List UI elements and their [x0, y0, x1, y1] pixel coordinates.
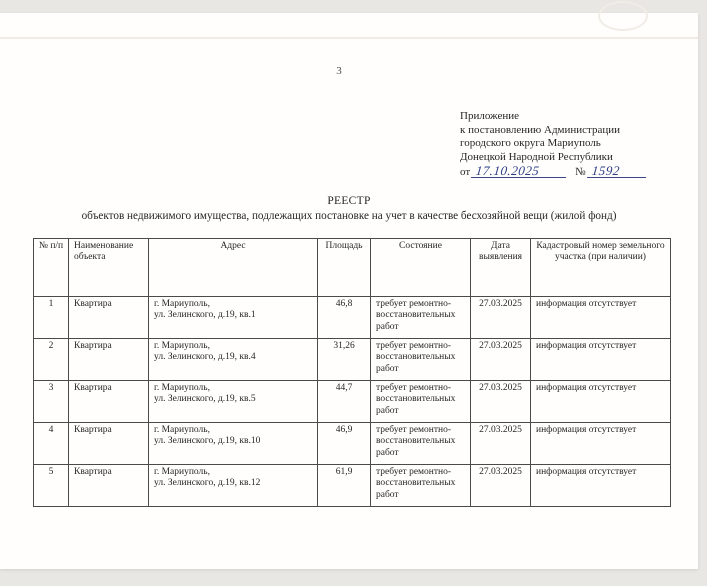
cell-date-detected: 27.03.2025 [471, 339, 531, 381]
document-title: РЕЕСТР [0, 195, 698, 207]
cell-cadastre: информация отсутствует [531, 465, 671, 507]
registry-table: № п/п Наименование объекта Адрес Площадь… [33, 238, 671, 507]
appendix-block: Приложение к постановлению Администрации… [460, 110, 646, 180]
document-page: 3 Приложение к постановлению Администрац… [0, 13, 698, 569]
handwritten-date: 17.10.2025 [471, 165, 567, 178]
address-line: г. Мариуполь, [154, 299, 314, 310]
cell-cadastre: информация отсутствует [531, 423, 671, 465]
address-line: ул. Зелинского, д.19, кв.5 [154, 394, 314, 405]
cell-object-name: Квартира [69, 381, 149, 423]
cell-address: г. Мариуполь, ул. Зелинского, д.19, кв.1 [149, 297, 318, 339]
cell-area: 46,8 [318, 297, 371, 339]
table-row: 5 Квартира г. Мариуполь, ул. Зелинского,… [34, 465, 671, 507]
cell-object-name: Квартира [69, 423, 149, 465]
cell-cadastre: информация отсутствует [531, 339, 671, 381]
scan-artifact-line [0, 37, 698, 39]
cell-area: 31,26 [318, 339, 371, 381]
cell-cadastre: информация отсутствует [531, 381, 671, 423]
cell-condition: требует ремонтно-восстановительных работ [371, 423, 471, 465]
cell-date-detected: 27.03.2025 [471, 297, 531, 339]
cell-address: г. Мариуполь, ул. Зелинского, д.19, кв.1… [149, 465, 318, 507]
header-object-name: Наименование объекта [69, 239, 149, 297]
cell-area: 46,9 [318, 423, 371, 465]
page-number: 3 [328, 65, 350, 77]
cell-row-number: 3 [34, 381, 69, 423]
address-line: г. Мариуполь, [154, 383, 314, 394]
handwritten-decree-number: 1592 [587, 165, 647, 178]
cell-object-name: Квартира [69, 339, 149, 381]
document-title-block: РЕЕСТР объектов недвижимого имущества, п… [0, 195, 698, 222]
decree-date-number-line: от17.10.2025№1592 [460, 165, 646, 180]
header-address: Адрес [149, 239, 318, 297]
cell-condition: требует ремонтно-восстановительных работ [371, 381, 471, 423]
cell-condition: требует ремонтно-восстановительных работ [371, 339, 471, 381]
cell-address: г. Мариуполь, ул. Зелинского, д.19, кв.1… [149, 423, 318, 465]
header-row-number: № п/п [34, 239, 69, 297]
appendix-line: Приложение [460, 110, 646, 124]
cell-area: 44,7 [318, 381, 371, 423]
from-label: от [460, 166, 470, 178]
header-condition: Состояние [371, 239, 471, 297]
header-cadastre-number: Кадастровый номер земельного участка (пр… [531, 239, 671, 297]
cell-row-number: 1 [34, 297, 69, 339]
cell-date-detected: 27.03.2025 [471, 465, 531, 507]
header-area: Площадь [318, 239, 371, 297]
cell-object-name: Квартира [69, 297, 149, 339]
address-line: ул. Зелинского, д.19, кв.1 [154, 310, 314, 321]
address-line: ул. Зелинского, д.19, кв.10 [154, 436, 314, 447]
hole-punch-artifact [598, 1, 648, 31]
cell-row-number: 4 [34, 423, 69, 465]
number-sign-label: № [575, 166, 586, 178]
table-row: 1 Квартира г. Мариуполь, ул. Зелинского,… [34, 297, 671, 339]
table-row: 4 Квартира г. Мариуполь, ул. Зелинского,… [34, 423, 671, 465]
document-subtitle: объектов недвижимого имущества, подлежащ… [0, 210, 698, 222]
cell-condition: требует ремонтно-восстановительных работ [371, 465, 471, 507]
scanned-document-page: { "page": { "number": "3", "appendix": {… [0, 0, 707, 586]
address-line: ул. Зелинского, д.19, кв.12 [154, 478, 314, 489]
cell-row-number: 2 [34, 339, 69, 381]
address-line: г. Мариуполь, [154, 425, 314, 436]
header-date-detected: Дата выявления [471, 239, 531, 297]
address-line: ул. Зелинского, д.19, кв.4 [154, 352, 314, 363]
appendix-line: городского округа Мариуполь [460, 137, 646, 151]
address-line: г. Мариуполь, [154, 341, 314, 352]
cell-date-detected: 27.03.2025 [471, 423, 531, 465]
table-row: 3 Квартира г. Мариуполь, ул. Зелинского,… [34, 381, 671, 423]
cell-date-detected: 27.03.2025 [471, 381, 531, 423]
cell-address: г. Мариуполь, ул. Зелинского, д.19, кв.4 [149, 339, 318, 381]
table-row: 2 Квартира г. Мариуполь, ул. Зелинского,… [34, 339, 671, 381]
address-line: г. Мариуполь, [154, 467, 314, 478]
cell-object-name: Квартира [69, 465, 149, 507]
table-header-row: № п/п Наименование объекта Адрес Площадь… [34, 239, 671, 297]
cell-address: г. Мариуполь, ул. Зелинского, д.19, кв.5 [149, 381, 318, 423]
cell-row-number: 5 [34, 465, 69, 507]
cell-area: 61,9 [318, 465, 371, 507]
cell-cadastre: информация отсутствует [531, 297, 671, 339]
appendix-line: к постановлению Администрации [460, 124, 646, 138]
cell-condition: требует ремонтно-восстановительных работ [371, 297, 471, 339]
